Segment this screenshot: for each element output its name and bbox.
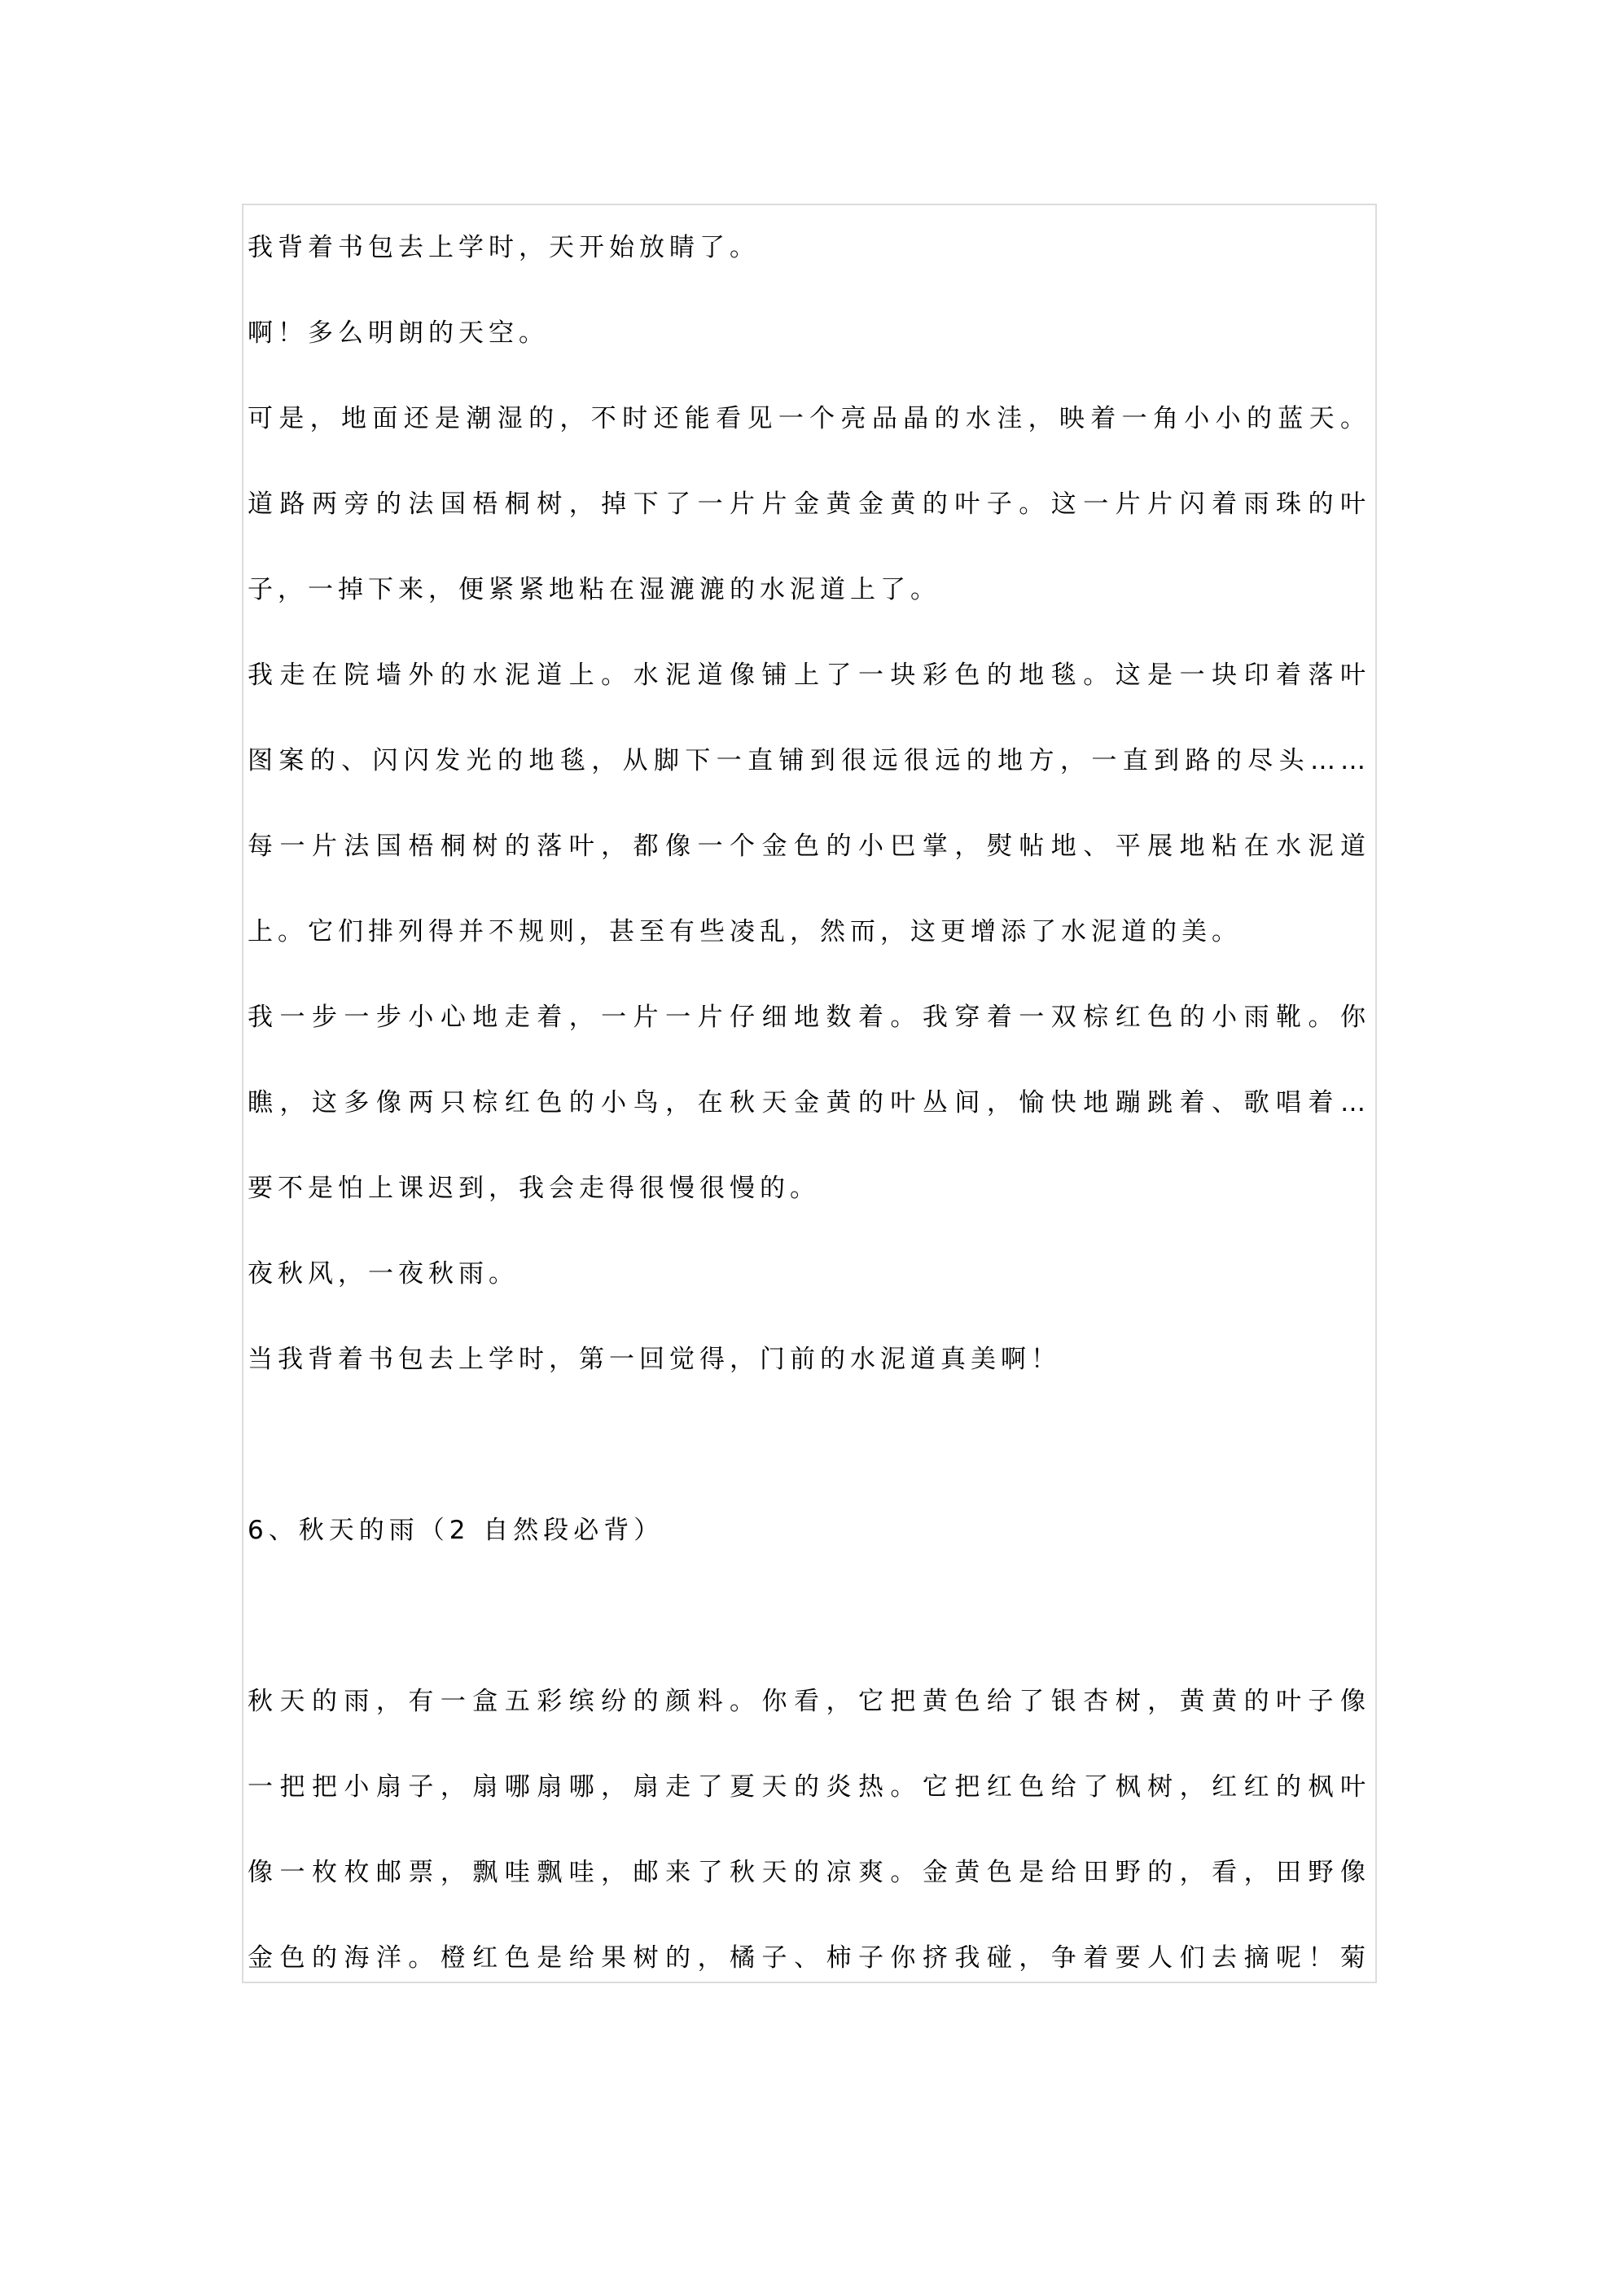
text-line: 子，一掉下来，便紧紧地粘在湿漉漉的水泥道上了。 xyxy=(248,547,1370,633)
text-line: 夜秋风，一夜秋雨。 xyxy=(248,1231,1370,1317)
text-line: 上。它们排列得并不规则，甚至有些凌乱，然而，这更增添了水泥道的美。 xyxy=(248,889,1370,975)
text-line: 瞧，这多像两只棕红色的小鸟，在秋天金黄的叶丛间，愉快地蹦跳着、歌唱着… xyxy=(248,1060,1370,1146)
text-line: 可是，地面还是潮湿的，不时还能看见一个亮品晶的水洼，映着一角小小的蓝天。 xyxy=(248,376,1370,462)
blank-line xyxy=(248,1574,1370,1659)
document-page: 我背着书包去上学时，天开始放睛了。啊！多么明朗的天空。可是，地面还是潮湿的，不时… xyxy=(242,204,1377,1983)
text-line: 秋天的雨，有一盒五彩缤纷的颜料。你看，它把黄色给了银杏树，黄黄的叶子像 xyxy=(248,1659,1370,1745)
section-heading: 6、秋天的雨（2 自然段必背） xyxy=(248,1488,1370,1574)
text-line: 啊！多么明朗的天空。 xyxy=(248,291,1370,376)
text-line: 道路两旁的法国梧桐树，掉下了一片片金黄金黄的叶子。这一片片闪着雨珠的叶 xyxy=(248,462,1370,547)
text-line: 我走在院墙外的水泥道上。水泥道像铺上了一块彩色的地毯。这是一块印着落叶 xyxy=(248,633,1370,718)
text-line: 图案的、闪闪发光的地毯，从脚下一直铺到很远很远的地方，一直到路的尽头…… xyxy=(248,718,1370,804)
text-line: 一把把小扇子，扇哪扇哪，扇走了夏天的炎热。它把红色给了枫树，红红的枫叶 xyxy=(248,1745,1370,1830)
text-line: 我一步一步小心地走着，一片一片仔细地数着。我穿着一双棕红色的小雨靴。你 xyxy=(248,975,1370,1060)
text-line: 当我背着书包去上学时，第一回觉得，门前的水泥道真美啊！ xyxy=(248,1317,1370,1403)
document-lines: 我背着书包去上学时，天开始放睛了。啊！多么明朗的天空。可是，地面还是潮湿的，不时… xyxy=(243,205,1375,1983)
document-viewer-canvas: 我背着书包去上学时，天开始放睛了。啊！多么明朗的天空。可是，地面还是潮湿的，不时… xyxy=(0,0,1622,2296)
text-line: 要不是怕上课迟到，我会走得很慢很慢的。 xyxy=(248,1146,1370,1231)
blank-line xyxy=(248,1403,1370,1488)
text-line: 每一片法国梧桐树的落叶，都像一个金色的小巴掌，熨帖地、平展地粘在水泥道 xyxy=(248,804,1370,889)
text-line: 我背着书包去上学时，天开始放睛了。 xyxy=(248,205,1370,291)
text-line: 像一枚枚邮票，飘哇飘哇，邮来了秋天的凉爽。金黄色是给田野的，看，田野像 xyxy=(248,1830,1370,1916)
text-line: 金色的海洋。橙红色是给果树的，橘子、柿子你挤我碰，争着要人们去摘呢！菊 xyxy=(248,1916,1370,1983)
